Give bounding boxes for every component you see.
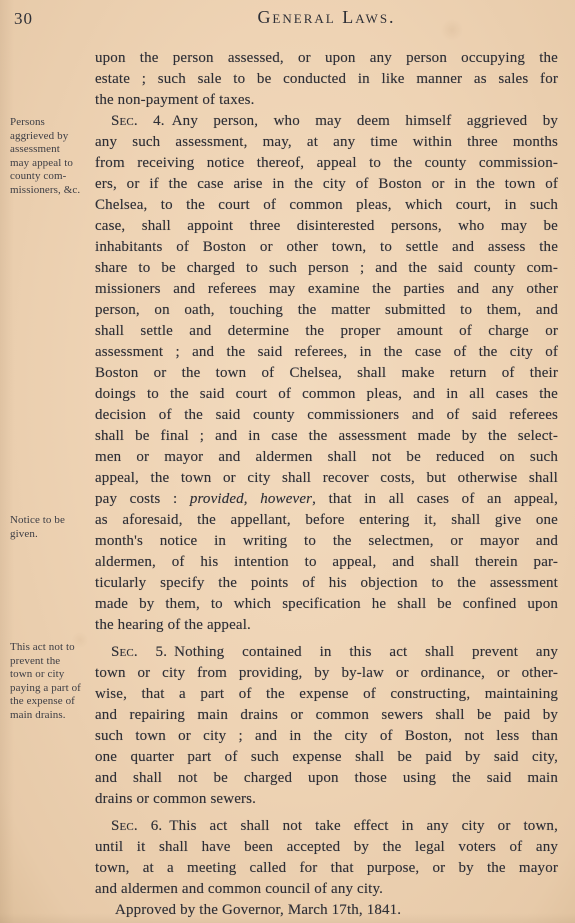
- document-page: 30 General Laws. Persons aggrieved by as…: [0, 0, 575, 923]
- section-4: Sec. 4.Any person, who may deem himself …: [95, 111, 558, 636]
- text-line: shall be final ; and in case the assessm…: [95, 426, 558, 447]
- text-line: the non-payment of taxes.: [95, 90, 558, 111]
- section-5-first-line-text: Nothing contained in this act shall prev…: [174, 644, 558, 660]
- text-line: assessment ; and the said referees, in t…: [95, 342, 558, 363]
- text-line: share to be charged to such person ; and…: [95, 258, 558, 279]
- text-line: shall settle and determine the proper am…: [95, 321, 558, 342]
- text-line: Boston or the town of Chelsea, shall mak…: [95, 363, 558, 384]
- body-column: upon the person assessed, or upon any pe…: [95, 48, 558, 921]
- section-5: Sec. 5.Nothing contained in this act sha…: [95, 642, 558, 810]
- text-line: and shall not be charged upon those usin…: [95, 768, 558, 789]
- text-line: case, shall appoint three disinterested …: [95, 216, 558, 237]
- text-line: town, at a meeting called for that purpo…: [95, 858, 558, 879]
- text-line: such town or city ; and in the city of B…: [95, 726, 558, 747]
- page-number: 30: [14, 9, 33, 29]
- text-line: ticularly specify the points of his obje…: [95, 573, 558, 594]
- section-6-first-line: Sec. 6.This act shall not take effect in…: [95, 816, 558, 837]
- text-line: missioners and referees may examine the …: [95, 279, 558, 300]
- section-5-label: Sec. 5.: [111, 644, 167, 660]
- text-line: Chelsea, to the court of common pleas, w…: [95, 195, 558, 216]
- proviso-line: pay costs : provided, however, that in a…: [95, 489, 558, 510]
- margin-note-main-drains: This act not to prevent the town or city…: [10, 641, 98, 722]
- text-line: until it shall have been accepted by the…: [95, 837, 558, 858]
- text-line: inhabitants of Boston or other town, to …: [95, 237, 558, 258]
- section-5-first-line: Sec. 5.Nothing contained in this act sha…: [95, 642, 558, 663]
- text-line: from receiving notice thereof, appeal to…: [95, 153, 558, 174]
- text-line: the hearing of the appeal.: [95, 615, 558, 636]
- section-4-first-line: Sec. 4.Any person, who may deem himself …: [95, 111, 558, 132]
- line-group: as aforesaid, the appellant, before ente…: [95, 510, 558, 615]
- text-line: aldermen, of his intention to appeal, an…: [95, 552, 558, 573]
- text-line: any such assessment, may, at any time wi…: [95, 132, 558, 153]
- text-line: appeal, the town or city shall recover c…: [95, 468, 558, 489]
- text-line: person, on oath, touching the matter sub…: [95, 300, 558, 321]
- line-group: until it shall have been accepted by the…: [95, 837, 558, 879]
- text-line: drains or common sewers.: [95, 789, 558, 810]
- proviso-pre: pay costs :: [95, 491, 190, 507]
- text-line: men or mayor and aldermen shall not be r…: [95, 447, 558, 468]
- section-4-label: Sec. 4.: [111, 113, 165, 129]
- proviso-italic: provided, however: [190, 491, 312, 507]
- margin-note-notice: Notice to be given.: [10, 514, 98, 541]
- page-header-title: General Laws.: [95, 7, 558, 28]
- text-line: decision of the said county commissioner…: [95, 405, 558, 426]
- paragraph-continuation: upon the person assessed, or upon any pe…: [95, 48, 558, 111]
- text-line: made by them, to which specification he …: [95, 594, 558, 615]
- margin-note-appeal: Persons aggrieved by assessment may appe…: [10, 116, 98, 197]
- section-6-first-line-text: This act shall not take effect in any ci…: [169, 818, 558, 834]
- approval-line: Approved by the Governor, March 17th, 18…: [95, 900, 558, 921]
- text-line: month's notice in writing to the selectm…: [95, 531, 558, 552]
- line-group: any such assessment, may, at any time wi…: [95, 132, 558, 489]
- section-6-label: Sec. 6.: [111, 818, 162, 834]
- text-line: wise, that a part of the expense of cons…: [95, 684, 558, 705]
- text-line: and aldermen and common council of any c…: [95, 879, 558, 900]
- proviso-post: , that in all cases of an appeal,: [312, 491, 558, 507]
- text-line: doings to the said court of common pleas…: [95, 384, 558, 405]
- text-line: and repairing main drains or common sewe…: [95, 705, 558, 726]
- line-group: town or city from providing, by by-law o…: [95, 663, 558, 789]
- text-line: as aforesaid, the appellant, before ente…: [95, 510, 558, 531]
- text-line: estate ; such sale to be conducted in li…: [95, 69, 558, 90]
- text-line: one quarter part of such expense shall b…: [95, 747, 558, 768]
- text-line: ers, or if the case arise in the city of…: [95, 174, 558, 195]
- text-line: town or city from providing, by by-law o…: [95, 663, 558, 684]
- text-line: upon the person assessed, or upon any pe…: [95, 48, 558, 69]
- section-6: Sec. 6.This act shall not take effect in…: [95, 816, 558, 900]
- section-4-first-line-text: Any person, who may deem himself aggriev…: [172, 113, 558, 129]
- line-group: upon the person assessed, or upon any pe…: [95, 48, 558, 90]
